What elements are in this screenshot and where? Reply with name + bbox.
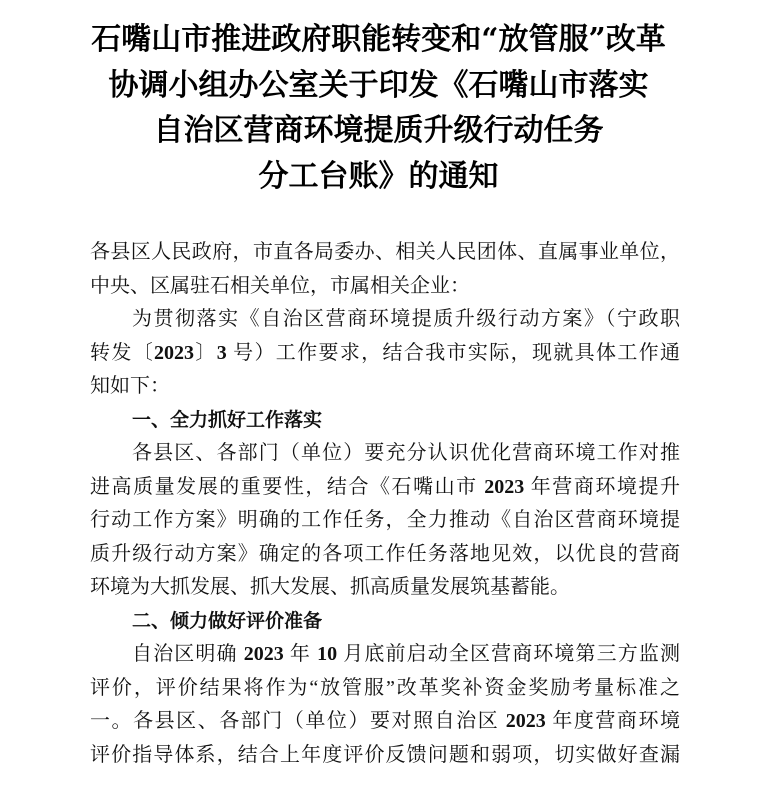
section-2-line-3: 一。各县区、各部门（单位）要对照自治区 2023 年度营商环境	[90, 705, 680, 739]
text-run: 自治区明确	[132, 643, 244, 665]
intro-line-1: 为贯彻落实《自治区营商环境提质升级行动方案》（宁政职	[90, 303, 680, 337]
text-run: 知如下：	[90, 375, 170, 397]
section-2-line-1: 自治区明确 2023 年 10 月底前启动全区营商环境第三方监测	[90, 638, 680, 672]
section-2-line-4: 评价指导体系，结合上年度评价反馈问题和弱项，切实做好查漏	[90, 739, 680, 773]
section-1-line-5: 环境为大抓发展、抓大发展、抓高质量发展筑基蓄能。	[90, 571, 680, 605]
text-run: 环境为大抓发展、抓大发展、抓高质量发展筑基蓄能。	[90, 576, 570, 598]
text-run: 一。各县区、各部门（单位）要对照自治区	[90, 710, 506, 732]
title-line-1: 石嘴山市推进政府职能转变和“放管服”改革	[0, 17, 757, 63]
text-run: 号）工作要求，结合我市实际，现就具体工作通	[227, 342, 680, 364]
section-1-line-4: 质升级行动方案》确定的各项工作任务落地见效，以优良的营商	[90, 538, 680, 572]
text-run: 评价指导体系，结合上年度评价反馈问题和弱项，切实做好查漏	[90, 744, 680, 766]
section-2-heading: 二、倾力做好评价准备	[90, 605, 680, 639]
number-run: 2023	[154, 342, 194, 364]
text-run: 年	[284, 643, 317, 665]
document-title: 石嘴山市推进政府职能转变和“放管服”改革 协调小组办公室关于印发《石嘴山市落实 …	[0, 17, 757, 199]
text-run: 年营商环境提升	[524, 476, 680, 498]
number-run: 10	[317, 643, 337, 665]
text-run: 月底前启动全区营商环境第三方监测	[337, 643, 680, 665]
number-run: 2023	[506, 710, 546, 732]
text-run: 为贯彻落实《自治区营商环境提质升级行动方案》（宁政职	[132, 308, 680, 330]
number-run: 2023	[484, 476, 524, 498]
title-line-2: 协调小组办公室关于印发《石嘴山市落实	[0, 63, 757, 109]
section-1-line-1: 各县区、各部门（单位）要充分认识优化营商环境工作对推	[90, 437, 680, 471]
number-run: 2023	[244, 643, 284, 665]
text-run: 各县区、各部门（单位）要充分认识优化营商环境工作对推	[132, 442, 680, 464]
text-run: 行动工作方案》明确的工作任务，全力推动《自治区营商环境提	[90, 509, 680, 531]
intro-line-2: 转发〔2023〕3 号）工作要求，结合我市实际，现就具体工作通	[90, 337, 680, 371]
number-run: 3	[217, 342, 227, 364]
text-run: 进高质量发展的重要性，结合《石嘴山市	[90, 476, 484, 498]
title-line-4: 分工台账》的通知	[0, 154, 757, 200]
title-line-3: 自治区营商环境提质升级行动任务	[0, 108, 757, 154]
text-run: 质升级行动方案》确定的各项工作任务落地见效，以优良的营商	[90, 543, 680, 565]
text-run: 年度营商环境	[546, 710, 680, 732]
section-1-line-2: 进高质量发展的重要性，结合《石嘴山市 2023 年营商环境提升	[90, 471, 680, 505]
document-page: 石嘴山市推进政府职能转变和“放管服”改革 协调小组办公室关于印发《石嘴山市落实 …	[0, 0, 757, 789]
addressee-line-2: 中央、区属驻石相关单位，市属相关企业：	[90, 270, 680, 304]
addressee-line-1: 各县区人民政府，市直各局委办、相关人民团体、直属事业单位，	[90, 236, 680, 270]
section-1-line-3: 行动工作方案》明确的工作任务，全力推动《自治区营商环境提	[90, 504, 680, 538]
text-run: 〕	[194, 342, 217, 364]
section-1-heading: 一、全力抓好工作落实	[90, 404, 680, 438]
text-run: 转发〔	[90, 342, 154, 364]
section-2-line-2: 评价，评价结果将作为“放管服”改革奖补资金奖励考量标准之	[90, 672, 680, 706]
intro-line-3: 知如下：	[90, 370, 680, 404]
text-run: 评价，评价结果将作为“放管服”改革奖补资金奖励考量标准之	[90, 677, 680, 699]
document-body: 各县区人民政府，市直各局委办、相关人民团体、直属事业单位， 中央、区属驻石相关单…	[90, 236, 680, 772]
